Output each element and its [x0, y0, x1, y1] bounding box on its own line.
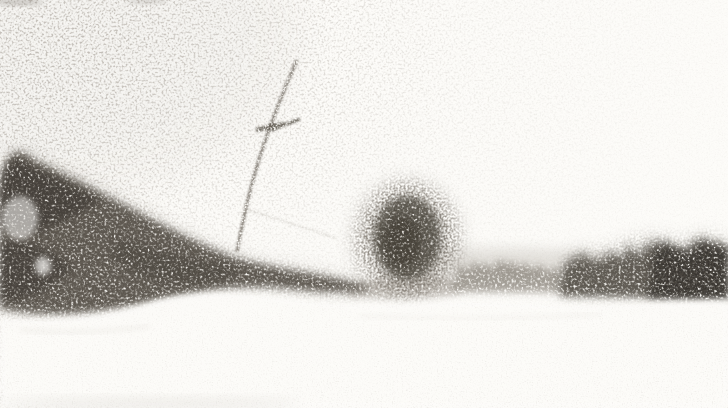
- photo-canvas: [0, 0, 728, 408]
- snow-grain-overlay: [0, 0, 728, 408]
- photograph: [0, 0, 728, 408]
